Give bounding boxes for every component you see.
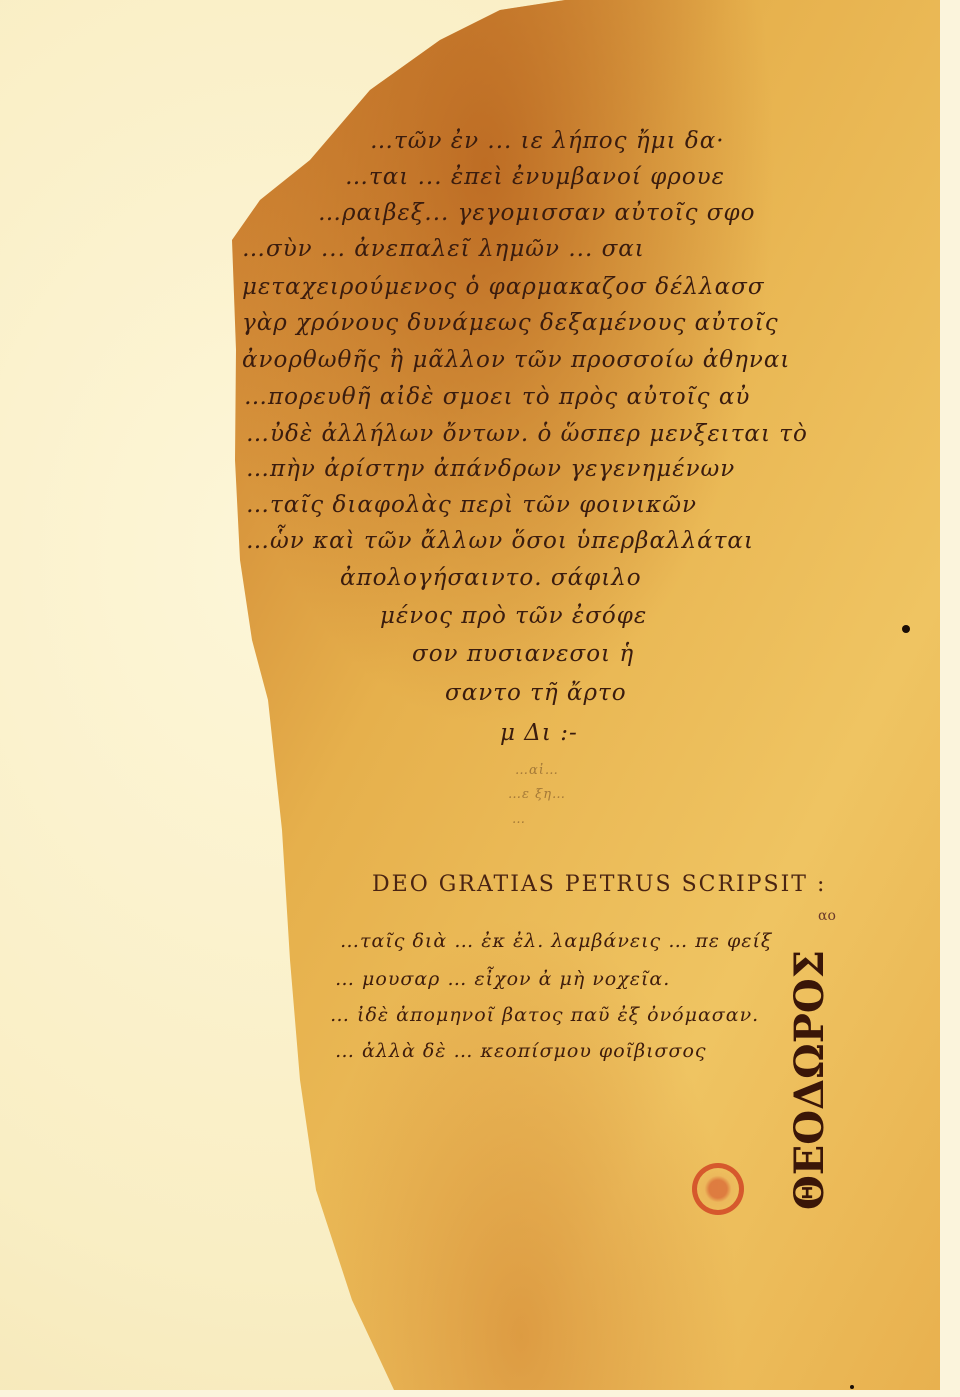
text-line: …ὧν καὶ τῶν ἄλλων ὅσοι ὑπερβαλλάται xyxy=(246,528,754,554)
text-line: σον πυσιανεσοι ἡ xyxy=(412,641,634,667)
text-line: …πὴν ἀρίστην ἀπάνδρων γεγενημένων xyxy=(246,456,735,482)
later-note-line: … ἰδὲ ἀπομηνοῖ βατος παῦ ἐξ ὀνόμασαν. xyxy=(330,1004,759,1026)
faded-line: …αἰ… xyxy=(515,763,559,778)
ink-dot xyxy=(850,1385,854,1389)
text-line: …ται ... ἐπεὶ ἐνυμβανοί φρουε xyxy=(345,164,725,190)
text-line: ἀπολογήσαιντο. σάφιλο xyxy=(340,565,642,591)
text-line: μένος πρὸ τῶν ἐσόφε xyxy=(380,603,647,629)
text-line: …πορευθῆ αἰδὲ σμοει τὸ πρὸς αὐτοῖς αὐ xyxy=(244,384,750,410)
later-note-line: … μουσαρ … εἶχον ἀ μὴ νοχεῖα. xyxy=(335,968,670,990)
text-line: γὰρ χρόνους δυνάμεως δεξαμένους αὐτοῖς xyxy=(242,310,779,336)
manuscript-photo: αο …τῶν ἐν ... ιε λήπος ἤμι δα· …ται ...… xyxy=(0,0,960,1397)
colophon: DEO GRATIAS PETRUS SCRIPSIT : xyxy=(372,872,826,897)
faded-line: …ε ξη… xyxy=(508,787,566,802)
text-line: μ Δι :- xyxy=(500,720,578,746)
later-note-line: …ταῖς διὰ … ἐκ ἐλ. λαμβάνεις … πε φείξ xyxy=(340,930,772,952)
text-line: …ραιβεξ... γεγομισσαν αὐτοῖς σφο xyxy=(318,200,755,226)
margin-note-theodoros: ΘΕΟΔΩΡΟΣ xyxy=(790,950,850,1210)
text-line: …ὐδὲ ἀλλήλων ὄντων. ὁ ὥσπερ μενξειται τὸ xyxy=(246,421,808,447)
library-stamp xyxy=(692,1163,744,1215)
later-note-line: … ἀλλὰ δὲ … κεοπίσμου φοῖβισσος xyxy=(335,1040,707,1062)
text-line: …τῶν ἐν ... ιε λήπος ἤμι δα· xyxy=(370,128,725,154)
text-line: μεταχειρούμενος ὁ φαρμακαζοσ δέλλασσ xyxy=(242,274,765,300)
text-line: …ταῖς διαφολὰς περὶ τῶν φοινικῶν xyxy=(246,492,697,518)
ink-dot xyxy=(902,625,910,633)
text-line: …σὺν ... ἀνεπαλεῖ λημῶν ... σαι xyxy=(242,236,645,262)
faded-line: … xyxy=(512,812,526,827)
top-right-note: αο xyxy=(818,908,836,924)
text-line: σαντο τῆ ἄρτο xyxy=(445,680,627,706)
text-line: ἀνορθωθῆς ἢ μᾶλλον τῶν προσσοίω ἀθηναι xyxy=(242,347,790,373)
